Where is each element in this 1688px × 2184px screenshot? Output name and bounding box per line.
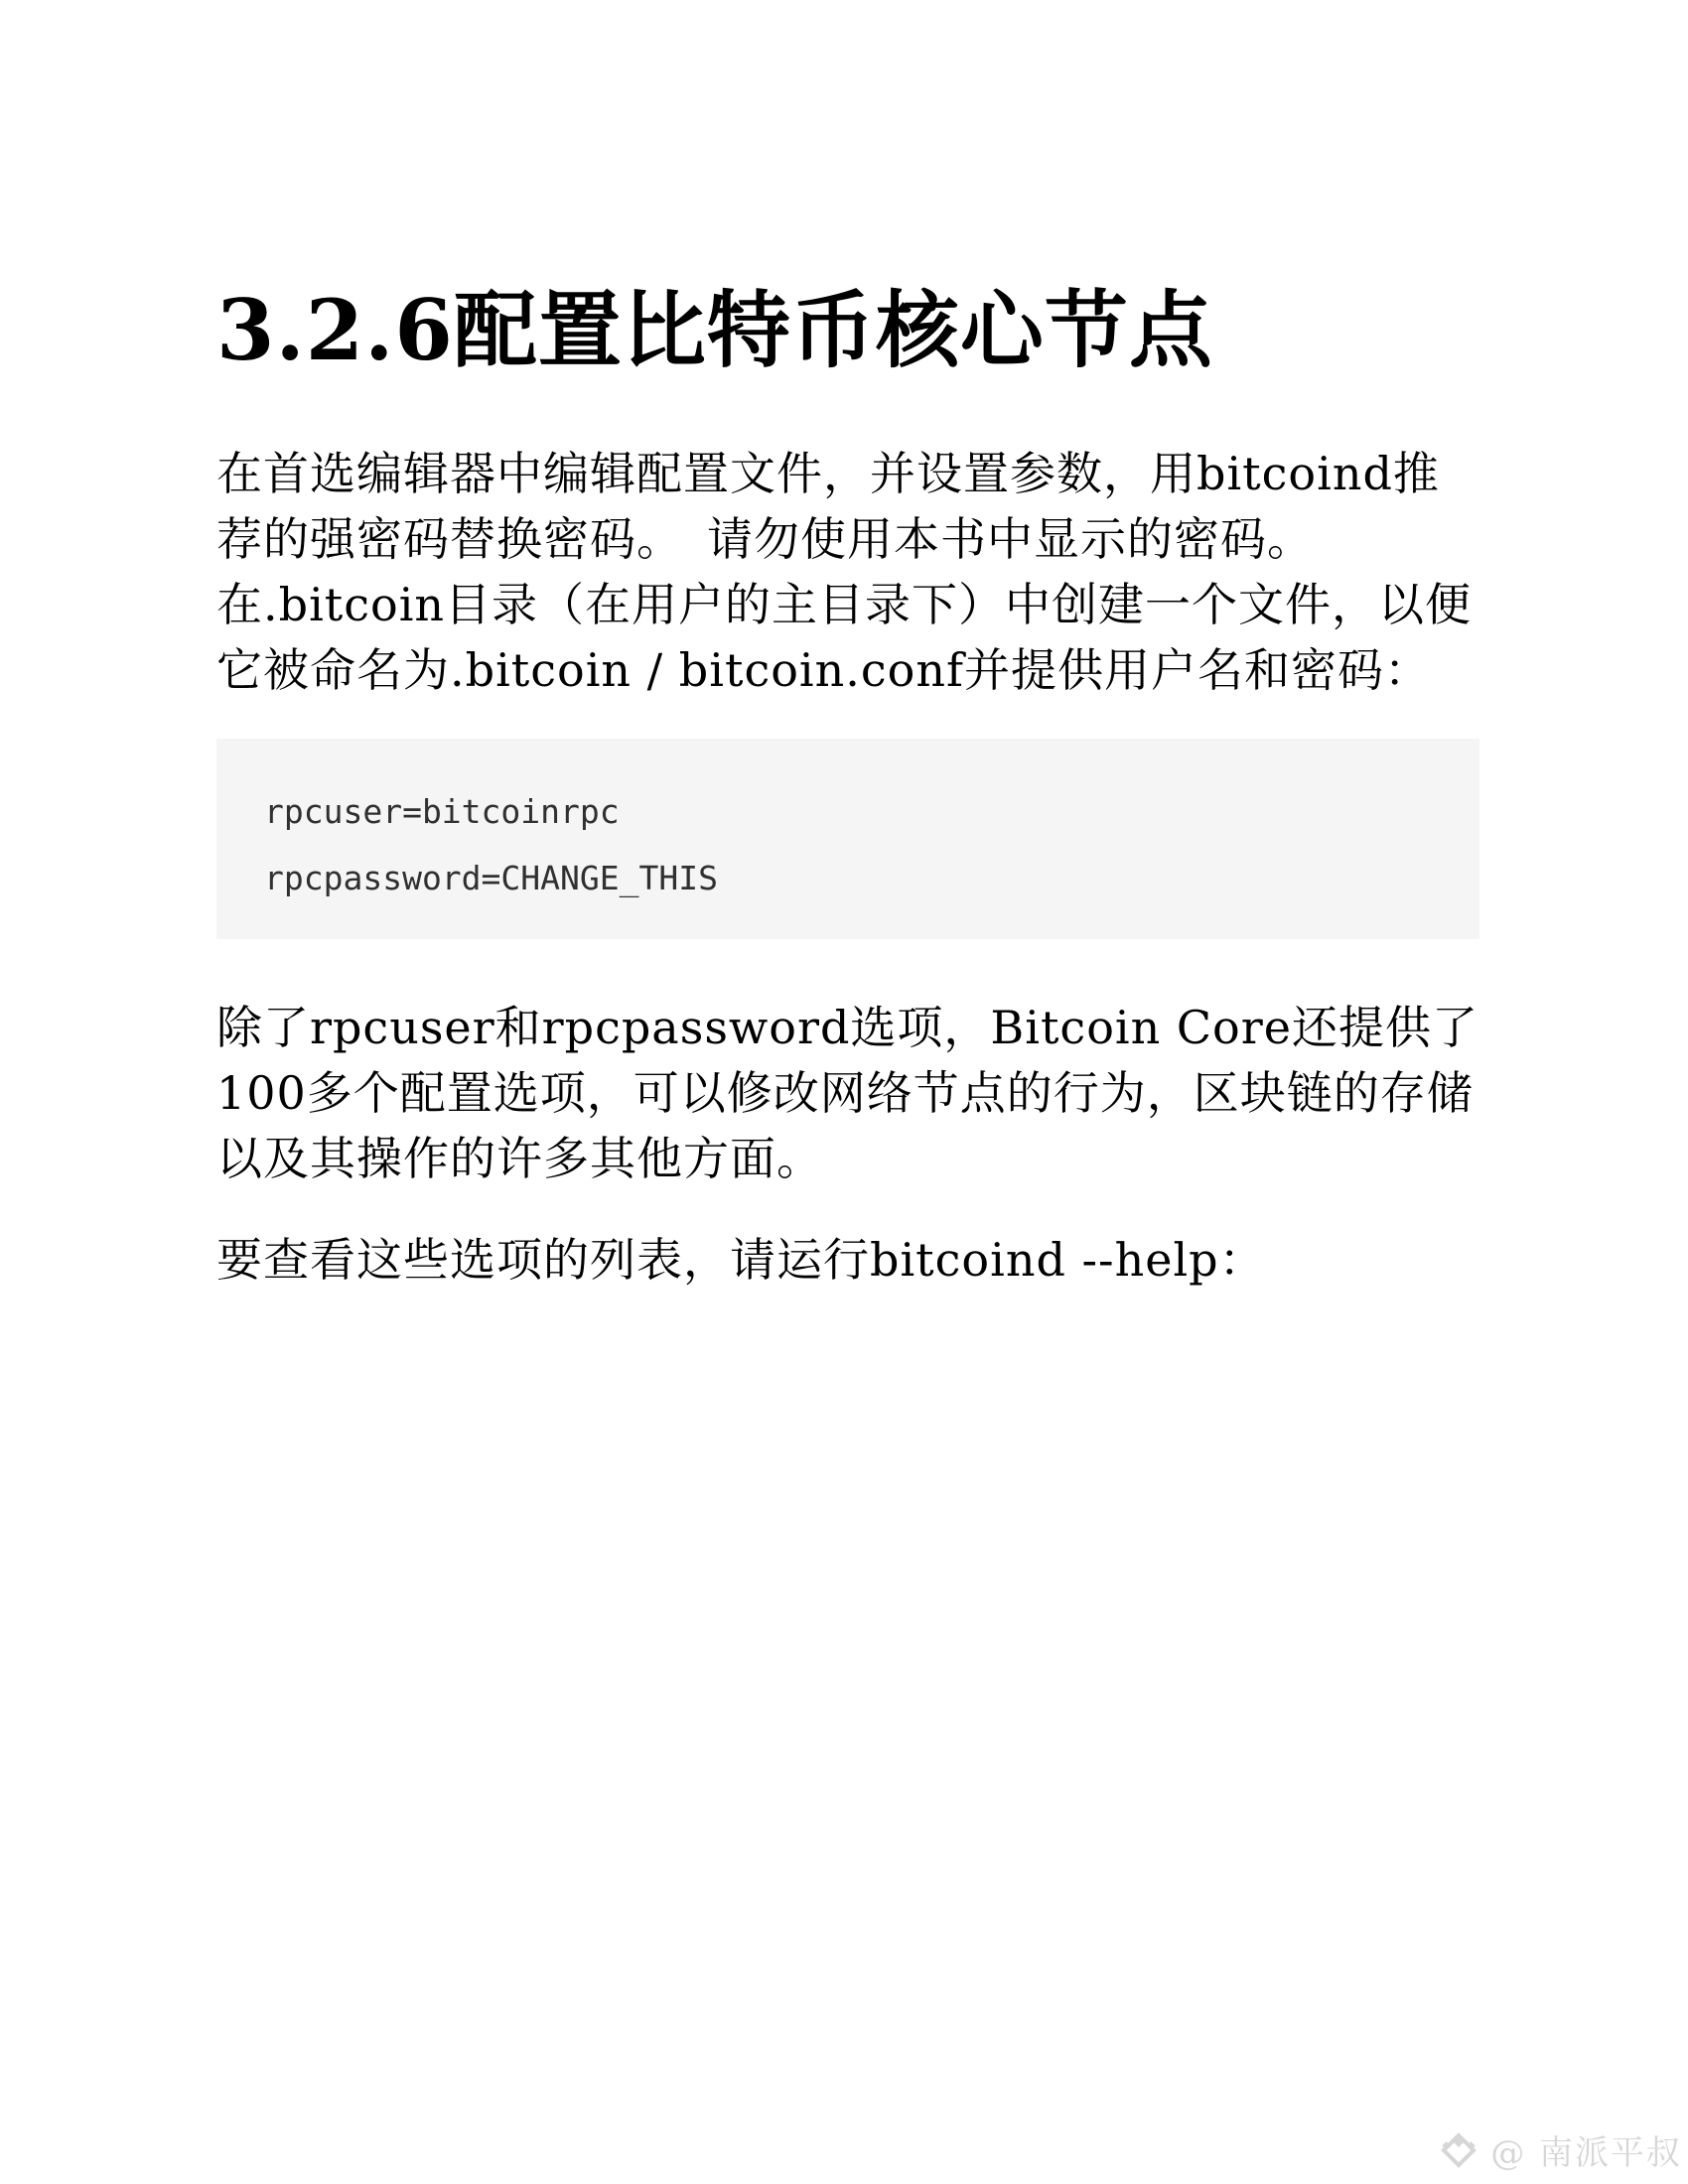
paragraph-help-command: 要查看这些选项的列表，请运行bitcoind --help： bbox=[216, 1227, 1479, 1293]
config-code-block: rpcuser=bitcoinrpcrpcpassword=CHANGE_THI… bbox=[216, 739, 1479, 939]
binance-diamond-icon bbox=[1437, 2128, 1480, 2172]
paragraph-options-description: 除了rpcuser和rpcpassword选项，Bitcoin Core还提供了… bbox=[216, 995, 1479, 1191]
watermark: @ 南派平叔 bbox=[1437, 2125, 1682, 2174]
paragraph-config-intro: 在首选编辑器中编辑配置文件，并设置参数，用bitcoind推荐的强密码替换密码。… bbox=[216, 441, 1479, 703]
code-line-rpcuser: rpcuser=bitcoinrpc bbox=[264, 778, 1432, 845]
document-page: 3.2.6配置比特币核心节点 在首选编辑器中编辑配置文件，并设置参数，用bitc… bbox=[0, 0, 1688, 2184]
page-content: 3.2.6配置比特币核心节点 在首选编辑器中编辑配置文件，并设置参数，用bitc… bbox=[216, 0, 1479, 1293]
section-heading: 3.2.6配置比特币核心节点 bbox=[216, 0, 1479, 379]
code-line-rpcpassword: rpcpassword=CHANGE_THIS bbox=[264, 845, 1432, 911]
watermark-label: @ 南派平叔 bbox=[1490, 2125, 1682, 2174]
